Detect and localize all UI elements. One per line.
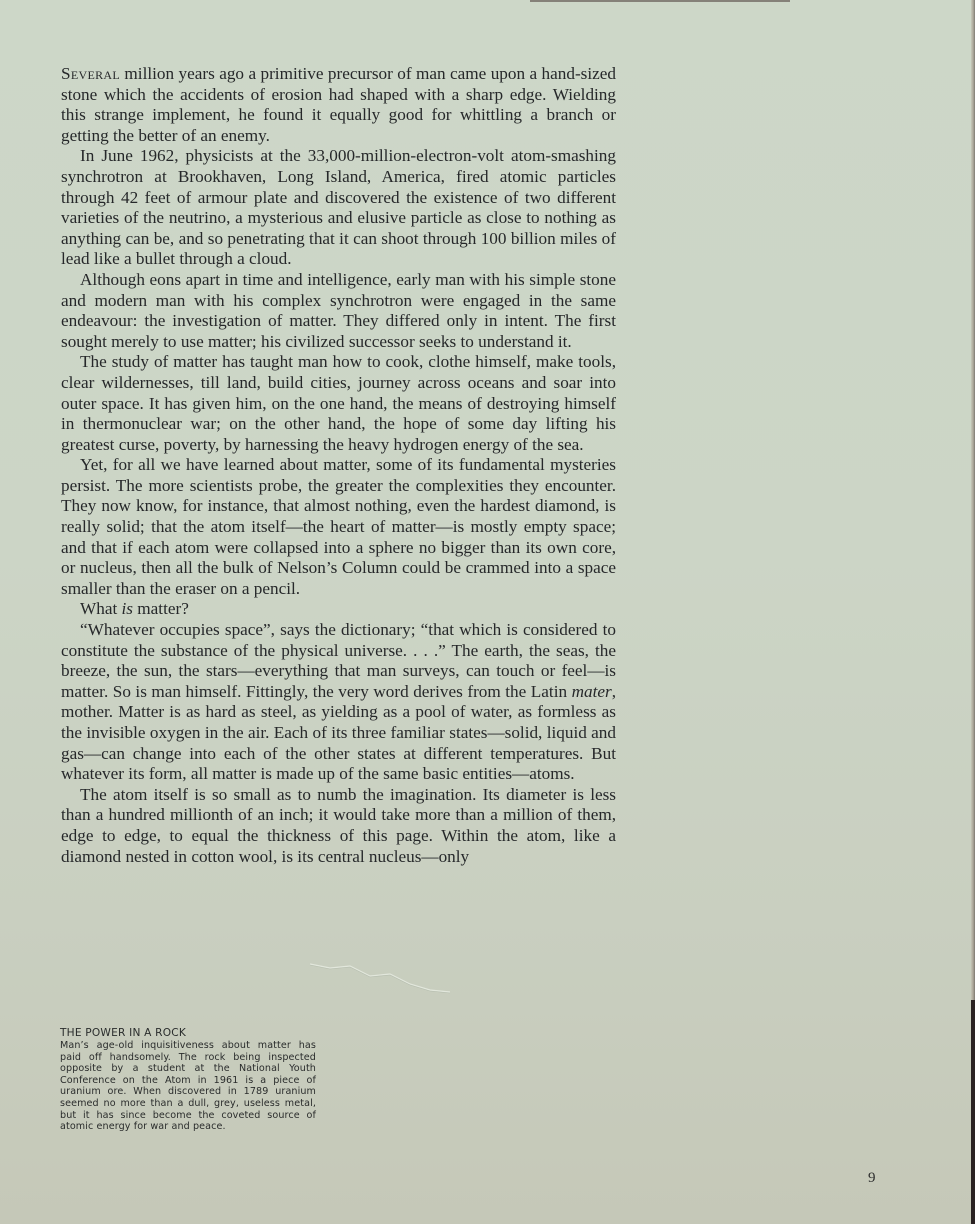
paper-crease-mark (310, 962, 510, 1002)
photo-caption: THE POWER IN A ROCK Man’s age-old inquis… (60, 1027, 316, 1133)
italic-word: mater (572, 682, 612, 701)
paragraph-text: matter? (133, 599, 189, 618)
lead-in-smallcaps: Several (61, 64, 120, 83)
page-top-edge-shadow (530, 0, 790, 2)
paragraph: Yet, for all we have learned about matte… (61, 455, 616, 599)
paragraph: The atom itself is so small as to numb t… (61, 785, 616, 867)
paragraph: Although eons apart in time and intellig… (61, 270, 616, 352)
paragraph: The study of matter has taught man how t… (61, 352, 616, 455)
body-text: Several million years ago a primitive pr… (61, 64, 616, 867)
paragraph-text: “Whatever occupies space”, says the dict… (61, 620, 616, 701)
paragraph-text: million years ago a primitive precursor … (61, 64, 616, 145)
paragraph-text: What (80, 599, 122, 618)
italic-word: is (122, 599, 133, 618)
paragraph: “Whatever occupies space”, says the dict… (61, 620, 616, 785)
paragraph: Several million years ago a primitive pr… (61, 64, 616, 146)
caption-title: THE POWER IN A ROCK (60, 1027, 316, 1040)
paragraph: In June 1962, physicists at the 33,000-m… (61, 146, 616, 270)
page-number: 9 (868, 1170, 876, 1187)
caption-text: Man’s age-old inquisitiveness about matt… (60, 1040, 316, 1133)
page-right-edge-dark (971, 1000, 975, 1224)
paragraph-question: What is matter? (61, 599, 616, 620)
